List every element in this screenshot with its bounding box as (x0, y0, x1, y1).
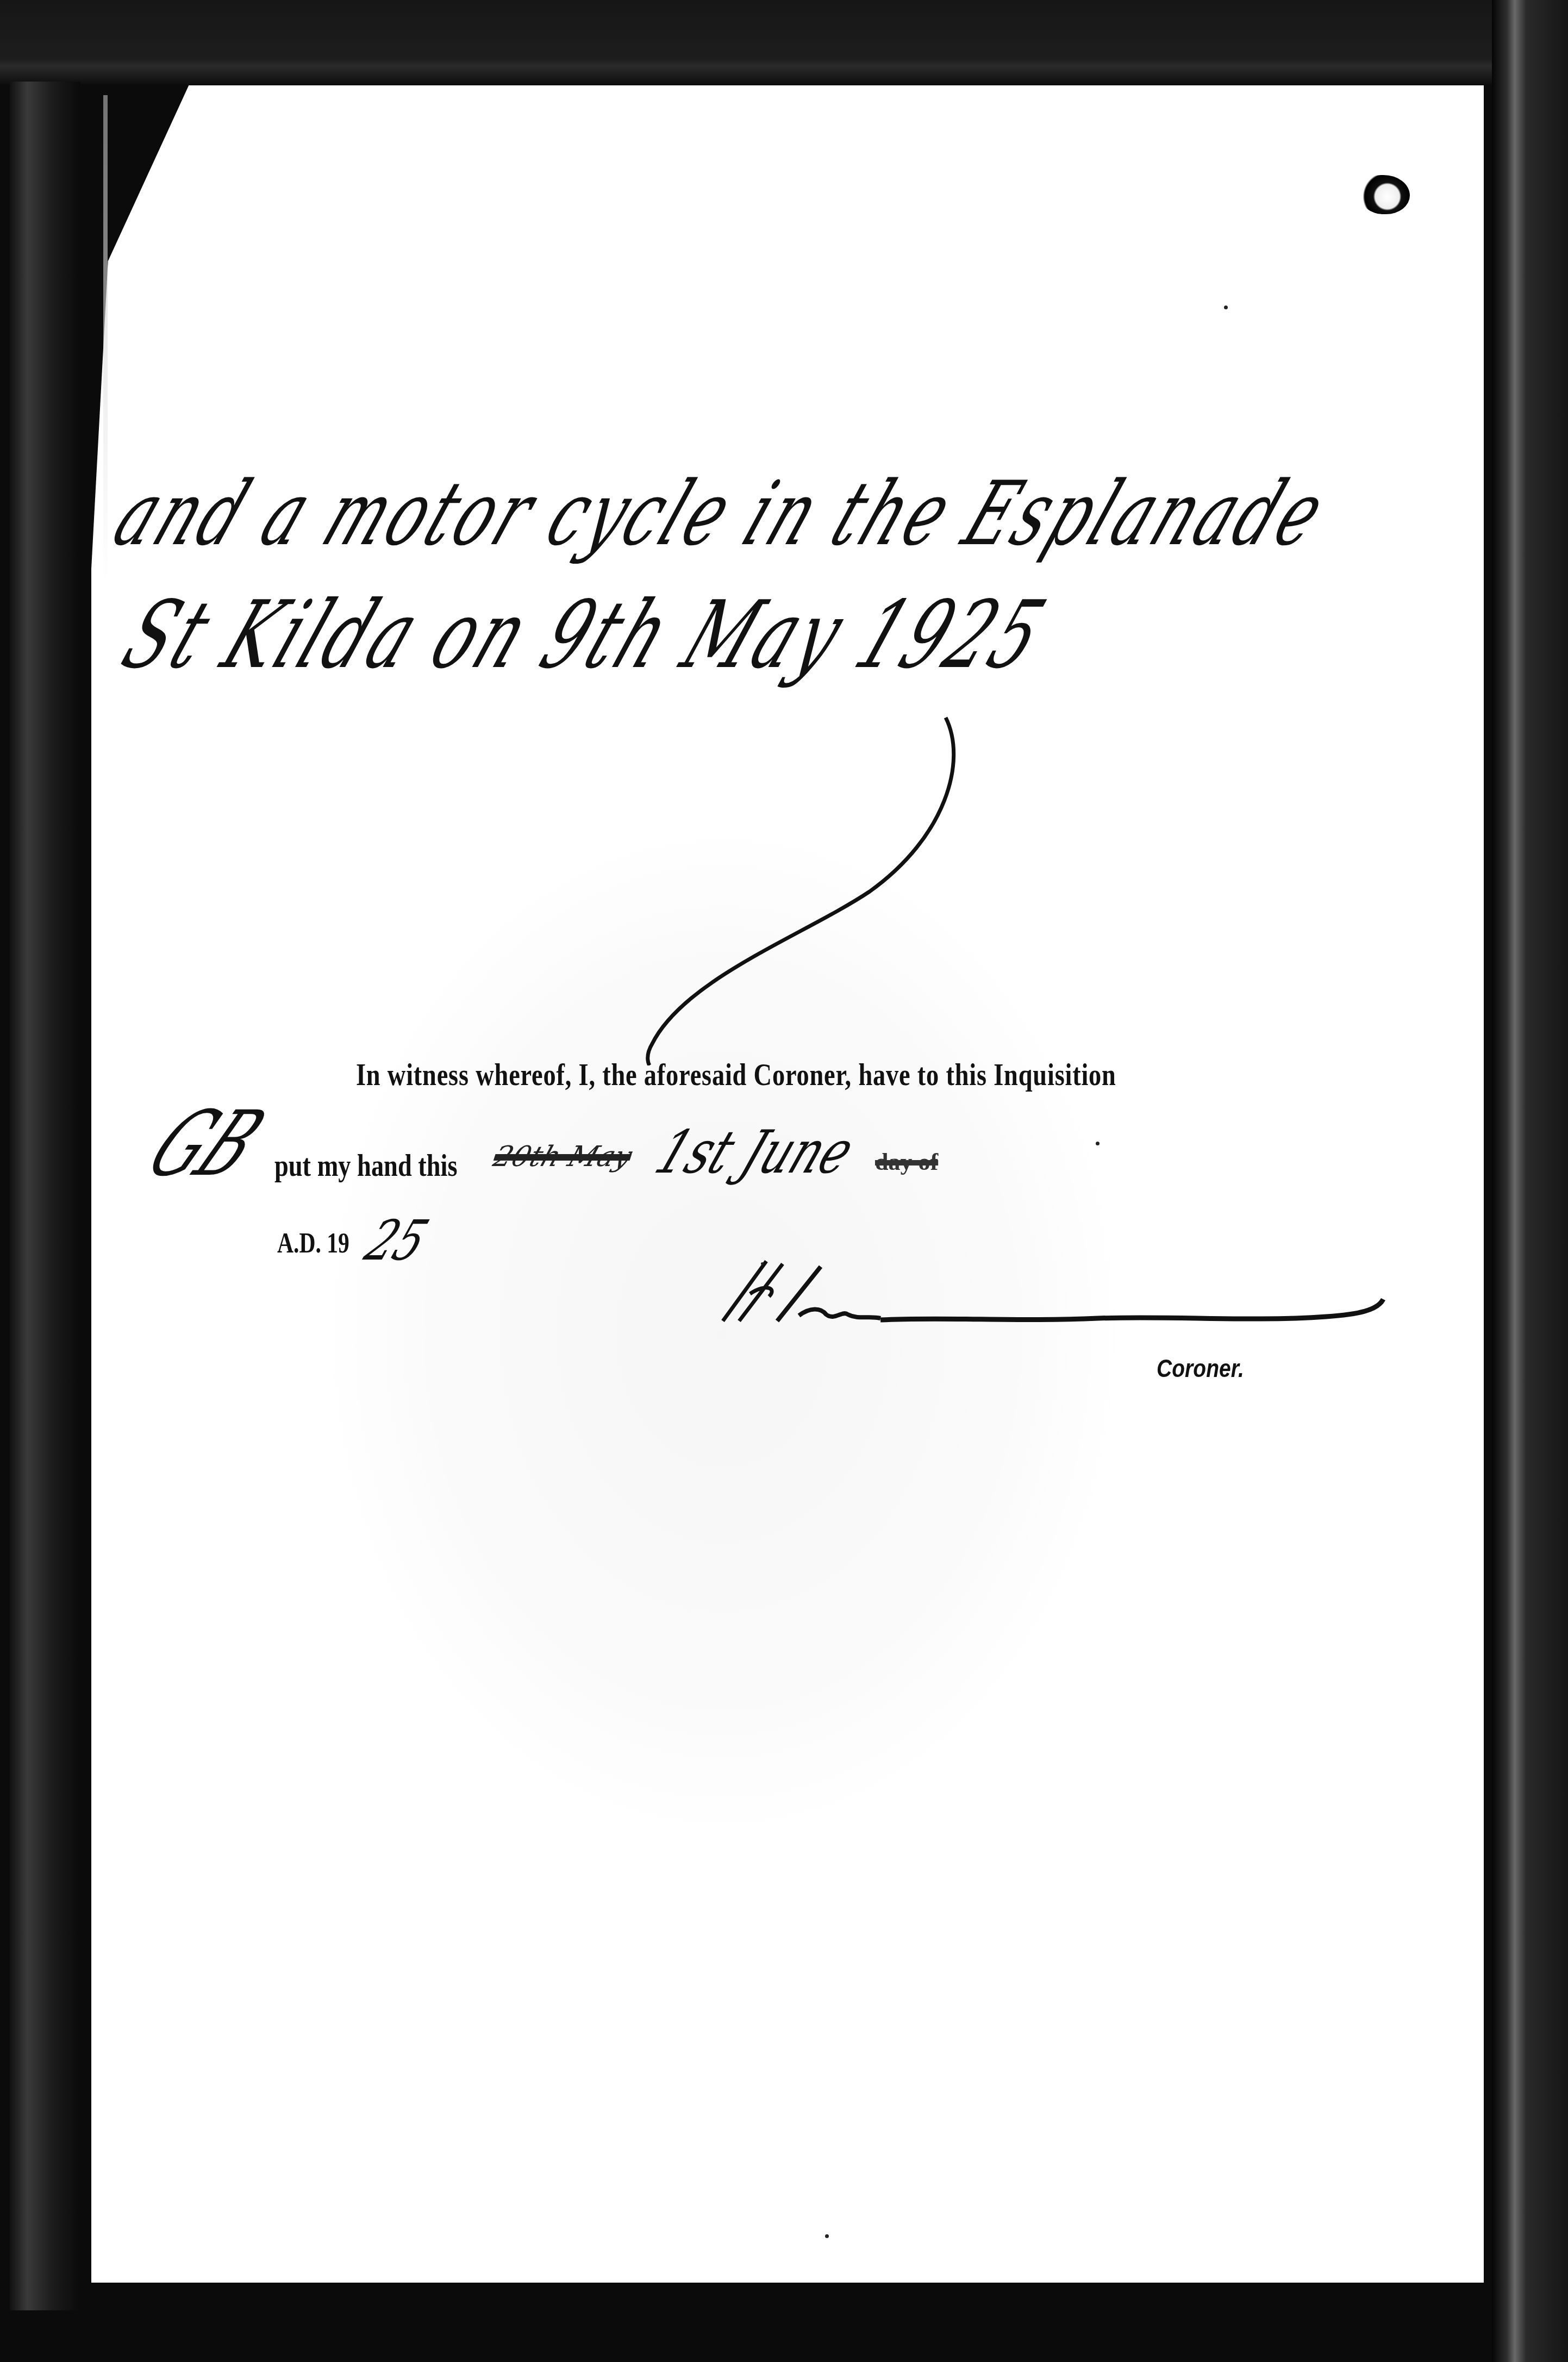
book-binding-top (0, 0, 1492, 84)
book-binding-left (10, 82, 80, 2310)
struck-date: 20th May (489, 1141, 636, 1173)
punch-hole-icon (1360, 175, 1410, 214)
ink-speck (1096, 1142, 1100, 1145)
coroner-signature-icon (717, 1256, 1391, 1343)
ink-speck (761, 1262, 764, 1265)
page-fold-shadow (103, 95, 108, 584)
corrected-date: 1st June (646, 1117, 864, 1186)
anno-domini-label: A.D. 19 (277, 1227, 349, 1260)
coroner-role-label: Coroner. (1157, 1354, 1244, 1383)
book-binding-right (1492, 0, 1568, 2362)
handwritten-line-2: St Kilda on 9th May 1925 (109, 581, 1062, 689)
struck-day-of: day of (875, 1148, 938, 1176)
ink-flourish-icon (641, 696, 967, 1065)
handwritten-line-1: and a motor cycle in the Esplanade (101, 463, 1341, 566)
witness-statement: In witness whereof, I, the aforesaid Cor… (356, 1056, 1116, 1093)
ink-speck (825, 2234, 829, 2238)
put-hand-text: put my hand this (274, 1147, 458, 1183)
ink-speck (1224, 306, 1228, 309)
